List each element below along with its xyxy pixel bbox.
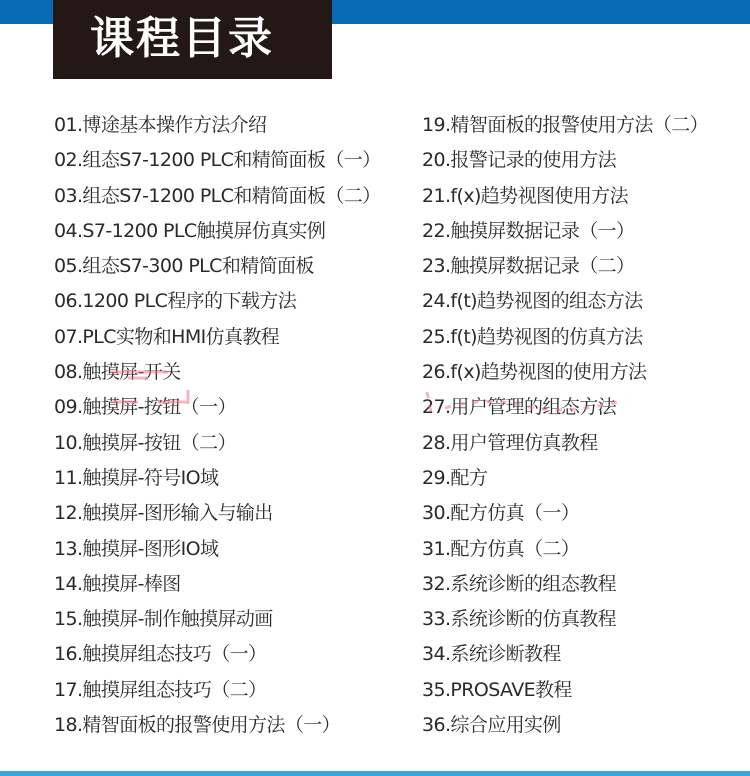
course-item: 14.触摸屏-棒图: [54, 567, 381, 602]
course-item: 34.系统诊断教程: [422, 637, 708, 672]
course-item: 28.用户管理仿真教程: [422, 426, 708, 461]
course-item: 15.触摸屏-制作触摸屏动画: [54, 602, 381, 637]
course-item: 17.触摸屏组态技巧（二）: [54, 673, 381, 708]
course-item: 13.触摸屏-图形IO域: [54, 532, 381, 567]
course-item: 21.f(x)趋势视图使用方法: [422, 179, 708, 214]
course-item: 20.报警记录的使用方法: [422, 143, 708, 178]
course-item: 27.用户管理的组态方法: [422, 390, 708, 425]
course-item: 24.f(t)趋势视图的组态方法: [422, 284, 708, 319]
bottom-blue-band: [0, 771, 750, 776]
course-item: 07.PLC实物和HMI仿真教程: [54, 320, 381, 355]
course-item: 32.系统诊断的组态教程: [422, 567, 708, 602]
course-item: 23.触摸屏数据记录（二）: [422, 249, 708, 284]
course-item: 26.f(x)趋势视图的使用方法: [422, 355, 708, 390]
page-title: 课程目录: [90, 2, 274, 66]
course-item: 10.触摸屏-按钮（二）: [54, 426, 381, 461]
course-list-right: 19.精智面板的报警使用方法（二） 20.报警记录的使用方法 21.f(x)趋势…: [422, 108, 708, 743]
course-item: 16.触摸屏组态技巧（一）: [54, 637, 381, 672]
course-item: 01.博途基本操作方法介绍: [54, 108, 381, 143]
course-item: 31.配方仿真（二）: [422, 532, 708, 567]
course-item: 25.f(t)趋势视图的仿真方法: [422, 320, 708, 355]
course-item: 12.触摸屏-图形输入与输出: [54, 496, 381, 531]
course-item: 19.精智面板的报警使用方法（二）: [422, 108, 708, 143]
course-item: 06.1200 PLC程序的下载方法: [54, 284, 381, 319]
course-list-left: 01.博途基本操作方法介绍 02.组态S7-1200 PLC和精简面板（一） 0…: [54, 108, 381, 743]
course-item: 02.组态S7-1200 PLC和精简面板（一）: [54, 143, 381, 178]
course-item: 11.触摸屏-符号IO域: [54, 461, 381, 496]
course-item: 18.精智面板的报警使用方法（一）: [54, 708, 381, 743]
course-item: 30.配方仿真（一）: [422, 496, 708, 531]
course-item: 36.综合应用实例: [422, 708, 708, 743]
course-item: 05.组态S7-300 PLC和精简面板: [54, 249, 381, 284]
course-item: 08.触摸屏-开关: [54, 355, 381, 390]
course-item: 09.触摸屏-按钮（一）: [54, 390, 381, 425]
course-item: 33.系统诊断的仿真教程: [422, 602, 708, 637]
course-item: 04.S7-1200 PLC触摸屏仿真实例: [54, 214, 381, 249]
title-banner: 课程目录: [53, 0, 332, 79]
course-item: 29.配方: [422, 461, 708, 496]
course-item: 35.PROSAVE教程: [422, 673, 708, 708]
course-item: 03.组态S7-1200 PLC和精简面板（二）: [54, 179, 381, 214]
course-item: 22.触摸屏数据记录（一）: [422, 214, 708, 249]
